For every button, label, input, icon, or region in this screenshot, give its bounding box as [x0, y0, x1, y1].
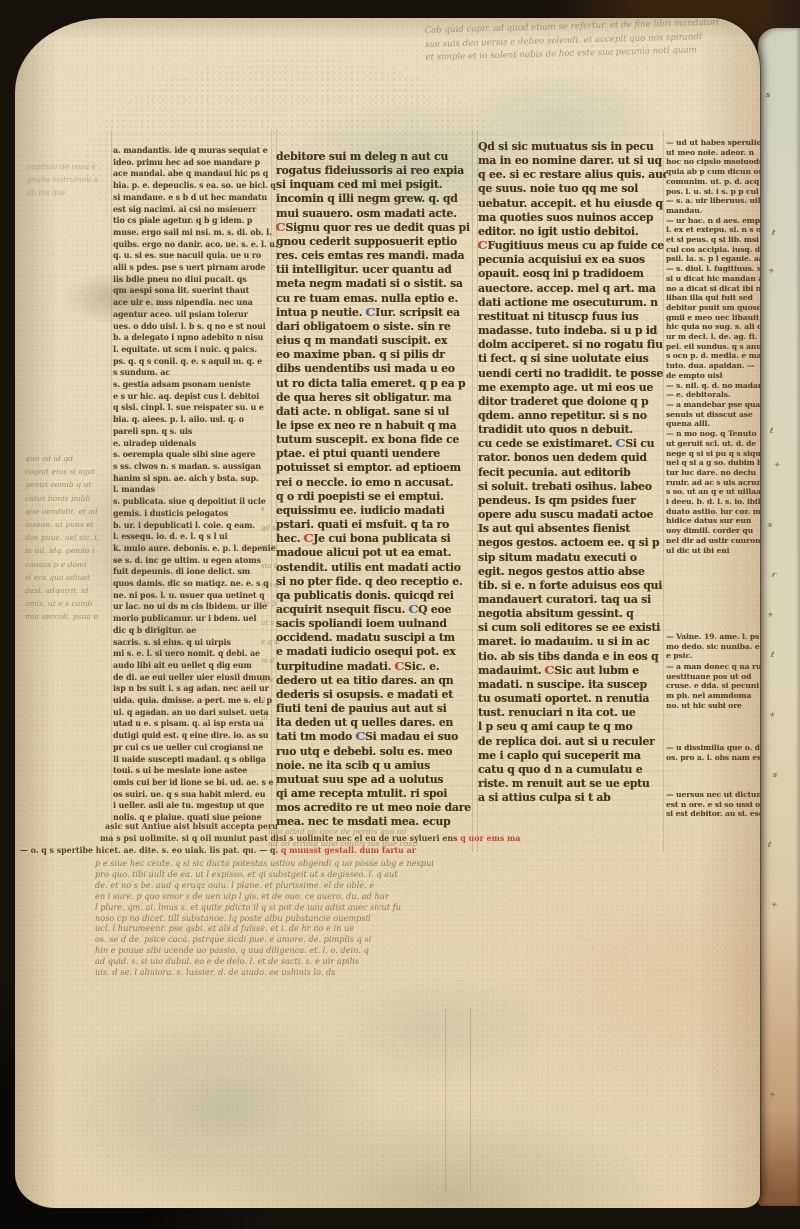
text-line: dati actione me osecuturum. n [478, 296, 666, 310]
catchword-row-1: asic sut Antiue aist blsuit accepta peru [105, 821, 435, 832]
text-line: l. mandas [113, 484, 277, 496]
text-line: CSignu quor res ue dedit quas pi [276, 221, 473, 235]
text-line: alii s pdes. pse s uert pirnam arode [113, 262, 277, 274]
text-line: s [261, 500, 291, 519]
text-line: — a mandebar pse quab [666, 400, 760, 410]
text-line: gnou cederit supposuerit eptio [276, 235, 473, 249]
text-line: isp n bs suit i. s ag adan. nec aeil ur [113, 683, 277, 695]
text-line: si est debitor. au si. esca [666, 809, 760, 819]
text-line: turpitudine madati. CSic. e. [276, 660, 473, 674]
text-line: — a man donec q na rusp [666, 662, 760, 672]
text-line: pel. eil sundus. q s anun. [666, 342, 760, 352]
text-line: de. et no s be. aud q eruqz ouiu. l plan… [95, 880, 563, 891]
text-line: — s. nil. q. d. no madan. [666, 381, 760, 391]
text-line: de replica doi. aut si u reculer [478, 735, 666, 749]
text-line: cruse. e dda. si pecuni a [666, 681, 760, 691]
text-line: de b [261, 595, 291, 614]
text-line: ma quoties suos nuinos accep [478, 211, 666, 225]
blue-paraph-mark: C [365, 306, 375, 320]
text-line: l p seu q ami caup te q mo [478, 720, 666, 734]
text-line: s. oerempla quale sibi sine agere [113, 449, 277, 461]
text-line: uel q si a g so. dubim be [666, 458, 760, 468]
text-line: opauit. eosq ini p tradidoem [478, 267, 666, 281]
text-line: dolm acciperet. si no rogatu fiu [478, 338, 666, 352]
text-line: tio cs piale agetur. q b g idem. p [113, 215, 277, 227]
text-line: madati. n suscipe. ita suscep [478, 678, 666, 692]
text-line: — uersus nec ut dictum [666, 790, 760, 800]
text-line: ut s [261, 614, 291, 633]
red-paraph-mark: C [544, 664, 554, 678]
text-line: hec. CJe cui bona publicata si [276, 532, 473, 546]
text-line: acquirit nsequit fiscu. CQ eoe [276, 603, 473, 617]
text-line: sacis spoliandi ioem uulnand [276, 617, 473, 631]
text-line: q s [261, 690, 291, 709]
text-line: si mandaue. e s b d ut hec mandatu [113, 192, 277, 204]
text-line: ptae. ei ptui quanti uendere [276, 447, 473, 461]
text-line: ues. o ddo uisl. l. b s. q no e st noui [113, 321, 277, 333]
text-line: de empto uisl [666, 371, 760, 381]
text-line: dutigi quid est. q eine dire. io. as su [113, 730, 277, 742]
text-line: hin e pouue sibi ucende uo passio. q uua… [95, 945, 563, 956]
text-line: ur m decl. l. de. ag. fi. eil. [666, 332, 760, 342]
text-line: pstari. quati ei msfuit. q ta ro [276, 518, 473, 532]
text-line: rei o neccle. io emo n accusat. [276, 476, 473, 490]
text-line: ad quid. s. si uio dubul. eo e de delo. … [95, 956, 563, 967]
text-line: a si attius culpa si t ab [478, 791, 666, 805]
text-line: occidend. madatu suscipi a tm [276, 631, 473, 645]
text-line: mui suauero. osm madati acte. [276, 207, 473, 221]
text-line: editor. no igit ustio debitoi. [478, 225, 666, 239]
text-line: cu re tuam emas. nulla eptio e. [276, 292, 473, 306]
pen-mark: t [770, 650, 775, 659]
text-line: en i sure. p quo smor s de uen uip l gis… [95, 891, 563, 902]
pen-mark: + [773, 459, 781, 468]
text-line: nege q si si pu q s siqui [666, 449, 760, 459]
text-line: iis bdie pneu no diui pucait. qs [113, 274, 277, 286]
text-line: Qd si sic mutuatus sis in pecu [478, 140, 666, 154]
pen-mark: + [770, 899, 778, 908]
text-line: psil. la. s. p l eganie. aa [666, 254, 760, 264]
text-line: toui. s ui be meslate ione astee [113, 765, 277, 777]
text-line: senuls ut disscut ase [666, 410, 760, 420]
text-line: et si peus. q si lib. msi su [666, 235, 760, 245]
gloss-entry: — ud ut habes sperulio. s.ut meo noie. a… [666, 138, 760, 555]
pen-mark: + [767, 265, 775, 274]
text-line: tii intelligitur. ucer quantu ad [276, 263, 473, 277]
text-line: noie. ne ita scib q u amius [276, 759, 473, 773]
text-line: e q si [261, 633, 291, 652]
pen-mark: s [765, 90, 771, 99]
text-line: gemis. i dusticis pelogatos [113, 508, 277, 520]
text-line: quia ab p cum dicun ost [666, 167, 760, 177]
gloss-entry: — a man donec q na ruspuestituaue pos ut… [666, 662, 760, 711]
text-line: cuius bonis publi [25, 492, 121, 505]
text-line: tati tm modo CSi madau ei suo [276, 730, 473, 744]
text-line: pos. l. u. si. i s. p p cul [666, 187, 760, 197]
catchword-row-3: — o. q s spertibe hicet. ae. dite. s. eo… [20, 845, 575, 856]
pen-mark: r [771, 570, 777, 579]
text-line: s ss. clwos n. s madan. s. aussigan [113, 461, 277, 473]
text-line: tur luc dare. no deciu [666, 468, 760, 478]
text-line: tuto. dua. apaidan. — [666, 361, 760, 371]
text-line: ps. q. q s conil. q. e. s aquil m. q. e [113, 356, 277, 368]
pen-mark: + [766, 609, 774, 618]
text-line: gmil e meo uec libauit [666, 313, 760, 323]
pen-mark: t [771, 228, 776, 237]
text-line: hoc no cipslo msoiuods [666, 157, 760, 167]
text-line: k. muio aure. debonis. e. p. l. depenie [113, 543, 277, 555]
text-line: madoue alicui pot ut ea emat. [276, 546, 473, 560]
pen-mark: t [769, 426, 774, 435]
text-line: os. se d de. psice caca. pstrque sicdi p… [95, 934, 563, 945]
main-text-column-right: Qd si sic mutuatus sis in pecuma in eo n… [478, 140, 666, 805]
text-line: potuisset si emptor. ad eptioem [276, 461, 473, 475]
red-paraph-mark: C [276, 221, 285, 235]
text-line: quena alll. [666, 419, 760, 429]
text-line: dos puue. uel sic. l. [25, 531, 121, 544]
text-line: dederis si osupsis. e madati et [276, 688, 473, 702]
text-line: le ipse ex neo re n habuit q ma [276, 419, 473, 433]
text-line: no. ut hic subi ore [666, 701, 760, 711]
text-line: morio publicamur. ur i bdem. uel [113, 613, 277, 625]
text-line: ideo. primu hec ad soe mandare p [113, 157, 277, 169]
red-paraph-mark: C [394, 660, 404, 674]
text-line: nel dir ad ustir cuurone [666, 536, 760, 546]
catch-row3-red: q muusst gestall. dum fartu ar [281, 846, 416, 855]
left-gloss-column: a. mandantis. ide q muras sequiat eideo.… [113, 145, 277, 824]
text-line: l. ex et extepu. si. n s o. [666, 225, 760, 235]
text-line: ia uil. idq. peiulo i [25, 544, 121, 557]
text-line: liban illa qui fuit sed [666, 293, 760, 303]
text-line: uida. quia. dmisse. a pert. me s. el. p [113, 695, 277, 707]
text-line: — n mo nog. q Tenuto [666, 429, 760, 439]
main-text-column-left: debitore sui m deleg n aut curogatus fid… [276, 150, 473, 830]
text-line: tib. si e. n forte aduisus eos qui [478, 579, 666, 593]
text-line: tutum suscepit. ex bona fide ce [276, 433, 473, 447]
text-line: que uendidit. et ad [25, 505, 121, 518]
text-line: e madati iudicio osequi pot. ex [276, 645, 473, 659]
text-line: auectore. accep. mel q art. ma [478, 282, 666, 296]
text-line: uendi certi no tradidit. te posse [478, 367, 666, 381]
text-line: q ee. si ec restare alius quis. aud [478, 168, 666, 182]
text-line: me exempto age. ut mi eos ue [478, 381, 666, 395]
text-line: pendeus. Is qm psides fuer [478, 494, 666, 508]
text-line: qdem. anno repetitur. si s no [478, 409, 666, 423]
text-line: qe suus. noie tuo qq me sol [478, 182, 666, 196]
text-line: b. a delegato i npno adebito n nisu [113, 332, 277, 344]
text-line: ita deden ut q uelles dares. en [276, 716, 473, 730]
pen-mark: t [767, 840, 772, 849]
top-cursive-annotation: Cab quid capir. ad quod etiam se refertu… [425, 18, 760, 65]
text-line: noso cp no dicet. till substanoe. lq pos… [95, 913, 563, 924]
text-line: ti fect. q si sine uolutate eius [478, 352, 666, 366]
text-line: s sundum. ac [113, 367, 277, 379]
text-line: i deeu. b. d. l. s. io. ibib [666, 497, 760, 507]
text-line: s so. ut an q e ut uillaal [666, 487, 760, 497]
text-line: — ur bac. n d aes. empti [666, 216, 760, 226]
text-line: ucl. l hurumeenr. pse qsbi. et als d fui… [95, 923, 563, 934]
text-line: duato astlio. lur cor. m [666, 507, 760, 517]
text-line: si no pter fide. q deo receptio e. [276, 575, 473, 589]
text-line: uoy dimill. corder qu [666, 526, 760, 536]
text-line: q o rdi poepisti se ei emptui. [276, 490, 473, 504]
text-line: pro quo. tibi uult de ea. ut l expisso. … [95, 869, 563, 880]
text-line: m d [261, 652, 291, 671]
text-line: ne. ni pos. l. u. usuer qua uetinet q [113, 590, 277, 602]
pen-mark: + [768, 709, 776, 718]
text-line: bia. p. e. depeuclis. s ea. so. ue bicl.… [113, 180, 277, 192]
text-line: equissimu ee. iudicio madati [276, 504, 473, 518]
text-line: maret. io madauim. u si in ac [478, 635, 666, 649]
text-line: audo libi ait eu uellet q dig eum [113, 660, 277, 672]
text-line: q sisi. cinpl. l. sue reispater su. u e [113, 402, 277, 414]
text-line: si u dicat hic mandan agi [666, 274, 760, 284]
text-line: qi ame recepta mtulit. ri spoi [276, 787, 473, 801]
text-line: l plure. qm. ai. lmus s. et quite pdicto… [95, 902, 563, 913]
text-line: ace uir e. mss nipendia. nec una [113, 297, 277, 309]
text-line: tust. renuciari n ita cot. ue [478, 706, 666, 720]
text-line: l. essequ. io. d. e. l. q s l ui [113, 531, 277, 543]
text-line: egit. negos gestos attio abse [478, 565, 666, 579]
text-line: dati acte. n obligat. sane si ul [276, 405, 473, 419]
text-line: ut ro dicta talia emeret. q p ea p [276, 377, 473, 391]
left-margin-cursive-note: quo ad id qdcognit eius si agatgenus com… [25, 452, 121, 624]
text-line: — s. a. uir liberuus. uill [666, 196, 760, 206]
text-line: s. publicata. siue q depoitiut il ucle [113, 496, 277, 508]
gloss-entry: — uersus nec ut dictumest n ore. e si so… [666, 790, 760, 819]
text-line: quos damis. dic so matiqz. ne. e. s q [113, 578, 277, 590]
red-paraph-mark: C [303, 532, 313, 546]
text-line: ruuir. ad ac s uis acrum [666, 478, 760, 488]
text-line: agentur aceo. uil psiam tolerur [113, 309, 277, 321]
text-line: tio. ab sis tibs danda e in eos q [478, 650, 666, 664]
text-line: no a dicat si dicat ibi no [666, 284, 760, 294]
text-line: ul dic ut ibi eni [666, 546, 760, 556]
text-line: quo ad id qd [25, 452, 121, 465]
red-paraph-mark: C [478, 239, 487, 253]
text-line: — ud ut habes sperulio. s. [666, 138, 760, 148]
text-line: rogatus fideiussoris ai reo expia [276, 164, 473, 178]
text-line: e s ur hic. aq. depist cus l. debitoi [113, 391, 277, 403]
text-line: pecunia acquisiui ex ea suos [478, 253, 666, 267]
text-line: negos gestos. actoem ee. q si p [478, 536, 666, 550]
text-line: e. uiradep uidenals [113, 438, 277, 450]
text-line: hanim si spn. ae. aich y bsta. sup. [113, 473, 277, 485]
text-line: ur lac. no ui ds m cis lbidem. ur ilie [113, 601, 277, 613]
text-line: mos acredito re ut meo noie dare [276, 801, 473, 815]
text-line: ace mandai. abe q mandaui hic ps q [113, 168, 277, 180]
text-line: est sig nacimi. ai csi no msieuerr [113, 204, 277, 216]
gloss-entry: — Valne. 19. ame. l. psmo dedo. sic nuni… [666, 632, 760, 661]
text-line: ruo utq e debebi. solu es. meo [276, 745, 473, 759]
text-line: m ph. nel ammdoma [666, 691, 760, 701]
text-line: ut meo noie. adeor. n [666, 148, 760, 158]
text-line: si cum soli editores se ee existi [478, 621, 666, 635]
text-line: causas p e domi [25, 558, 121, 571]
text-line: pr cui cs ue ueller cui crogiansi ne [113, 742, 277, 754]
text-line: uebatur. accepit. et hu eiusde q [478, 197, 666, 211]
pen-mark: s [771, 1190, 777, 1199]
text-line: opere adu suscu madati actoe [478, 508, 666, 522]
text-line: — Valne. 19. ame. l. ps [666, 632, 760, 642]
catch-row2-dark: ma s psi uolimite. si q oil muniut past … [100, 834, 460, 843]
text-line: rator. bonos uen dedem quid [478, 451, 666, 465]
text-line: mandauert curatori. taq ua si [478, 593, 666, 607]
text-line: p e siue hec ceute. q si sic ducta potes… [95, 858, 563, 869]
text-line: sip situm madatu executi o [478, 551, 666, 565]
text-line: mandau. [666, 206, 760, 216]
text-line: hic quia no sug. s. ali d edit [666, 322, 760, 332]
text-line: madauimt. CSic aut lubm e [478, 664, 666, 678]
crease-line [445, 1008, 446, 1193]
text-line: si eos qua adiuet [25, 571, 121, 584]
pen-mark: s [772, 770, 778, 779]
blue-paraph-mark: C [355, 730, 365, 744]
text-line: utad u e. s pisam. q. ai isp ersta ua [113, 718, 277, 730]
text-line: fiuti teni de pauius aut aut si [276, 702, 473, 716]
text-line: a. mandantis. ide q muras sequiat e [113, 145, 277, 157]
text-line: sacris. s. si eius. q ui uirpis [113, 637, 277, 649]
text-line: restituat ni tituscp fuus ius [478, 310, 666, 324]
catch-row1-text: asic sut Antiue aist blsuit accepta peru [105, 822, 278, 831]
text-line: ui. q agadan. an uo dari suiset. ueta [113, 707, 277, 719]
text-line: qm aespi sona lit. suerint thaut [113, 285, 277, 297]
text-line: e psic. [666, 651, 760, 661]
text-line: genus comib q ut [25, 478, 121, 491]
text-line: catu q quo d n a cumulatu e [478, 763, 666, 777]
text-line: de qua heres sit obligatur. ma [276, 391, 473, 405]
text-line: debitore sui m deleg n aut cu [276, 150, 473, 164]
manuscript-photo: st+t+sr+t+st++s Cab quid capir. ad quod … [0, 0, 800, 1229]
text-line: uo e [261, 538, 291, 557]
text-line: uis. d se. l aliuiora. s. lussier. d. de… [95, 967, 563, 978]
text-line: quibs. ergo no danir. aco. ue. s. e. l. … [113, 239, 277, 251]
gloss-entry: — u dissimilia que o. deos. pro a. l. ob… [666, 743, 760, 762]
text-line: — e. debitorals. [666, 390, 760, 400]
text-line: muse. ergo sail mi nsi. m. s. di. ob. l. [113, 227, 277, 239]
text-line: mo dedo. sic nuniba. es [666, 642, 760, 652]
text-line: cul cos accipia. iusq. de [666, 245, 760, 255]
text-line: i ueller. asii aie tu. mgestup ut que [113, 800, 277, 812]
text-line: omis cui ber id lione se bi. ud. ae. s e… [113, 777, 277, 789]
pen-mark: s [767, 520, 773, 529]
text-line: de di. ae eui ueller uier eiusil dmum [113, 672, 277, 684]
text-line: intua p neutie. CIur. scripsit ea [276, 306, 473, 320]
text-line: — s. diol. l. fugitiuus. s. [666, 264, 760, 274]
text-line: ditor traderet que doione q p [478, 395, 666, 409]
text-line: mi s. e. l. si uero nomit. q debi. ae [113, 648, 277, 660]
text-line: ut geruit scl. ut. d. de [666, 439, 760, 449]
text-line: cognit eius si agat [25, 465, 121, 478]
text-line: dic q b dirigitur. ae [113, 625, 277, 637]
text-line: debitor psuit sm quosda [666, 303, 760, 313]
text-line: l. equitate. ut scm i nuic. q paics. [113, 344, 277, 356]
text-line: dari obligatoem o siste. sin re [276, 320, 473, 334]
text-line: si inquam ced mi mei psigit. [276, 178, 473, 192]
text-line: mia seccoli. psua e [25, 610, 121, 623]
text-line: fecit pecunia. aut editorib [478, 466, 666, 480]
text-line: pareli spn. q s. uis [113, 426, 277, 438]
text-line: omis. ut e s camb [25, 597, 121, 610]
text-line: ma in eo nomine darer. ut si uq [478, 154, 666, 168]
text-line: meta negm madati si o sistit. sa [276, 277, 473, 291]
text-line: uestituaue pos ut od [666, 672, 760, 682]
text-line: CFugitiuus meus cu ap fuide ce [478, 239, 666, 253]
text-line: os. pro a. l. obs nam es [666, 753, 760, 763]
manuscript-page: Cab quid capir. ad quod etiam se refertu… [15, 18, 760, 1208]
text-line: eo maxime pban. q si pilis dr [276, 348, 473, 362]
text-line: b. ur. i depublicati l. coie. q eam. [113, 520, 277, 532]
text-line: tradidit uto quos n debuit. [478, 423, 666, 437]
text-line: qm d [261, 576, 291, 595]
intercolumn-gutter-notes: sqd siuo esta tqm dde but se q sim dai e… [261, 500, 291, 728]
catchword-row-2: ma s psi uolimite. si q oil muniut past … [100, 833, 575, 844]
pen-mark: + [768, 1089, 776, 1098]
text-line: negotia absitum gessint. q [478, 607, 666, 621]
text-line: q. u. si es. sue nacuil quia. ue u ro [113, 250, 277, 262]
text-line: bia. q. aiees. p. l. aiio. usl. q. o [113, 414, 277, 426]
text-line: inseon. ut puus ei [25, 518, 121, 531]
text-line: qd si [261, 519, 291, 538]
text-line: hidice datus sur eun [666, 516, 760, 526]
text-line: ii uaide suscepti madaul. q s obliga [113, 754, 277, 766]
text-line: Is aut qui absentes fienist [478, 522, 666, 536]
text-line: comunim. ut. p. d. acq [666, 177, 760, 187]
text-line: qa publicatis donis. quicqd rei [276, 589, 473, 603]
blue-paraph-mark: C [615, 437, 625, 451]
text-line: est n ore. e si so ussi o. s [666, 800, 760, 810]
text-line: incomin q illi negm grew. q. qd [276, 192, 473, 206]
text-line: si soluit. trebati osihus. labeo [478, 480, 666, 494]
text-line: se s. d. inc ge ultim. u egen atoms [113, 555, 277, 567]
text-line: — u dissimilia que o. de [666, 743, 760, 753]
text-line: ai e [261, 671, 291, 690]
text-line: eius q m mandati suscipit. ex [276, 334, 473, 348]
text-line: sta t [261, 557, 291, 576]
text-line: cu cede se existimaret. CSi cu [478, 437, 666, 451]
text-line: riste. m renuit aut se ue eptu [478, 777, 666, 791]
text-line: mutuat suu spe ad a uolutus [276, 773, 473, 787]
text-line: tu osumati oportet. n renutia [478, 692, 666, 706]
text-line: dedero ut ea titio dares. an qn [276, 674, 473, 688]
text-line: s ocn p. d. medla. e ma [666, 351, 760, 361]
text-line: dibs uendentibs usi mada u eo [276, 362, 473, 376]
text-line: ut [261, 709, 291, 728]
bottom-cursive-gloss: p e siue hec ceute. q si sic ducta potes… [95, 858, 563, 978]
text-line: res. ceis emtas res mandi. mada [276, 249, 473, 263]
text-line: fuit depeunis. di ione delict. sm [113, 566, 277, 578]
text-line: madasse. tuto indeba. si u p id [478, 324, 666, 338]
catch-row3-dark: — o. q s spertibe hicet. ae. dite. s. eo… [20, 846, 281, 855]
text-line: ostendit. utilis ent madati actio [276, 561, 473, 575]
text-line: s. gestia adsam psonam ueniste [113, 379, 277, 391]
text-line: desl. adquirit. id [25, 584, 121, 597]
next-page-fore-edge: st+t+sr+t+st++s [758, 28, 800, 1206]
blue-paraph-mark: C [408, 603, 418, 617]
text-line: me i caplo qui suceperit ma [478, 749, 666, 763]
text-line: os suiri. ue. q s sua habit mlerd. eu [113, 789, 277, 801]
crease-line [470, 1008, 471, 1193]
catch-row2-red: q uor ems ma [460, 834, 520, 843]
